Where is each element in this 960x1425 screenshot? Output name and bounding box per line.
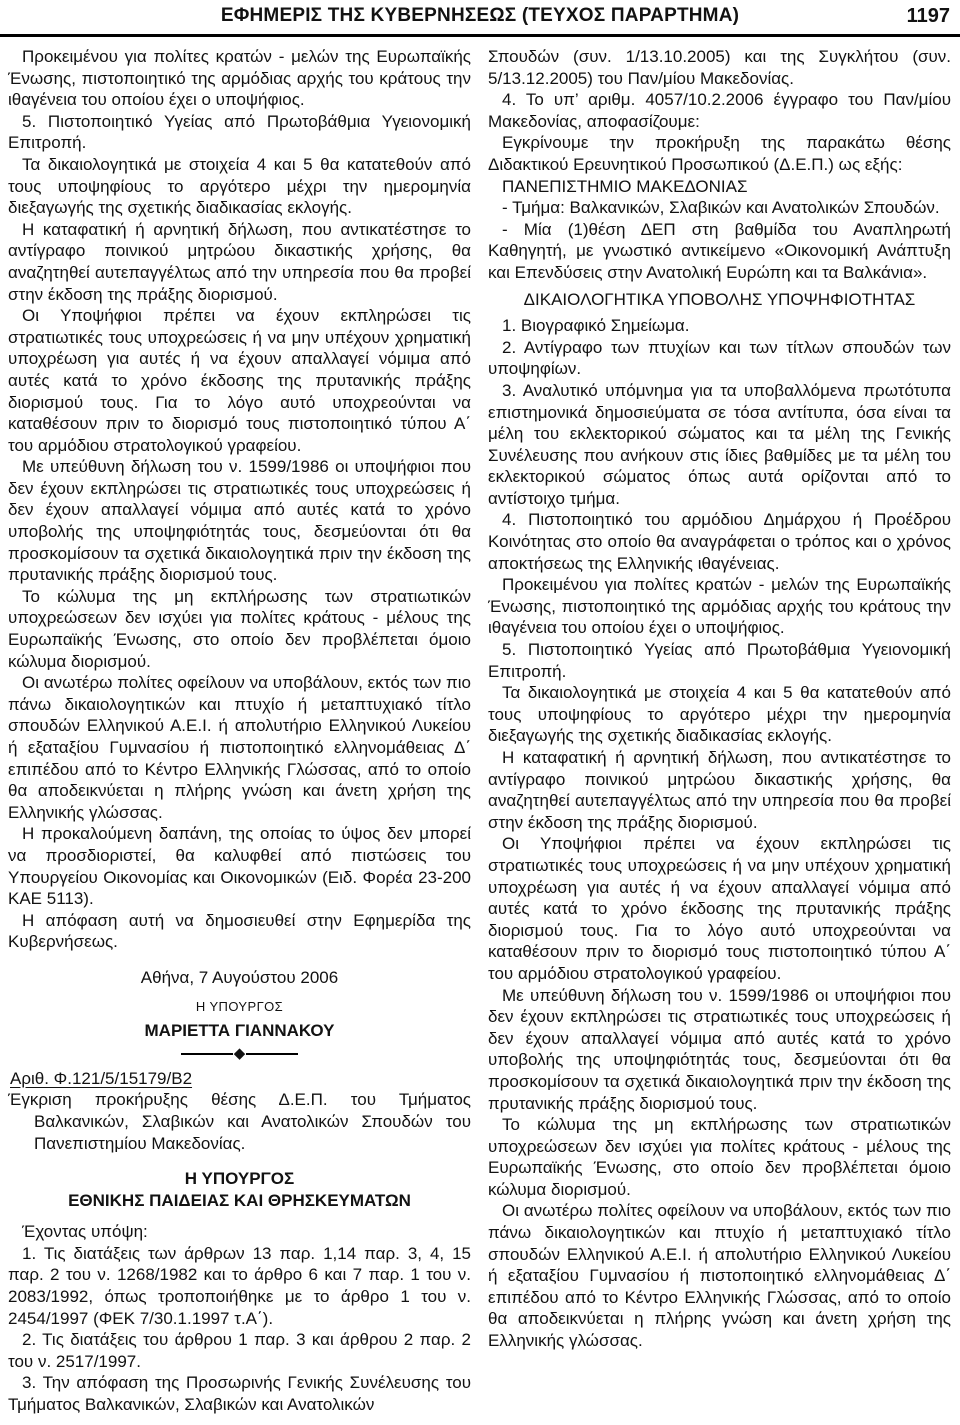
- paragraph: 3. Την απόφαση της Προσωρινής Γενικής Συ…: [8, 1372, 471, 1415]
- paragraph: Έχοντας υπόψη:: [8, 1221, 471, 1243]
- paragraph: Η καταφατική ή αρνητική δήλωση, που αντι…: [488, 747, 951, 833]
- minister-heading: Η ΥΠΟΥΡΓΟΣ: [8, 1168, 471, 1190]
- section-heading: ΔΙΚΑΙΟΛΟΓΗΤΙΚΑ ΥΠΟΒΟΛΗΣ ΥΠΟΨΗΦΙΟΤΗΤΑΣ: [488, 289, 951, 311]
- diamond-separator: ◆: [8, 1049, 471, 1059]
- left-column: Προκειμένου για πολίτες κρατών - μελών τ…: [8, 46, 471, 1416]
- header-rule: [0, 34, 960, 37]
- paragraph: 1. Βιογραφικό Σημείωμα.: [488, 315, 951, 337]
- paragraph: 5. Πιστοποιητικό Υγείας από Πρωτοβάθμια …: [488, 639, 951, 682]
- paragraph: Με υπεύθυνη δήλωση του ν. 1599/1986 οι υ…: [8, 456, 471, 586]
- page-number: 1197: [907, 5, 950, 28]
- paragraph: Οι Υποψήφιοι πρέπει να έχουν εκπληρώσει …: [8, 305, 471, 456]
- paragraph: Η καταφατική ή αρνητική δήλωση, που αντι…: [8, 219, 471, 305]
- document-ref-text: Αριθ. Φ.121/5/15179/Β2: [8, 1069, 192, 1088]
- gazette-page: ΕΦΗΜΕΡΙΣ ΤΗΣ ΚΥΒΕΡΝΗΣΕΩΣ (ΤΕΥΧΟΣ ΠΑΡΑΡΤΗ…: [0, 0, 960, 1425]
- paragraph: Η προκαλούμενη δαπάνη, της οποίας το ύψο…: [8, 823, 471, 909]
- paragraph: - Μία (1)θέση ΔΕΠ στη βαθμίδα του Αναπλη…: [488, 219, 951, 284]
- subject-line: Έγκριση προκήρυξης θέσης Δ.Ε.Π. του Τμήμ…: [8, 1089, 471, 1154]
- paragraph: 1. Τις διατάξεις των άρθρων 13 παρ. 1,14…: [8, 1243, 471, 1329]
- paragraph: Οι ανωτέρω πολίτες οφείλουν να υποβάλουν…: [488, 1200, 951, 1351]
- paragraph: Εγκρίνουμε την προκήρυξη της παρακάτω θέ…: [488, 132, 951, 175]
- paragraph: Το κώλυμα της μη εκπλήρωσης των στρατιωτ…: [488, 1114, 951, 1200]
- paragraph: Η απόφαση αυτή να δημοσιευθεί στην Εφημε…: [8, 910, 471, 953]
- paragraph: Τα δικαιολογητικά με στοιχεία 4 και 5 θα…: [8, 154, 471, 219]
- paragraph: Οι Υποψήφιοι πρέπει να έχουν εκπληρώσει …: [488, 833, 951, 984]
- paragraph: ΠΑΝΕΠΙΣΤΗΜΙΟ ΜΑΚΕΔΟΝΙΑΣ: [488, 176, 951, 198]
- paragraph: Προκειμένου για πολίτες κρατών - μελών τ…: [488, 574, 951, 639]
- two-column-body: Προκειμένου για πολίτες κρατών - μελών τ…: [8, 46, 952, 1416]
- signer-role: Η ΥΠΟΥΡΓΟΣ: [8, 996, 471, 1018]
- paragraph: 2. Τις διατάξεις του άρθρου 1 παρ. 3 και…: [8, 1329, 471, 1372]
- separator-line: [246, 1053, 298, 1055]
- paragraph: Τα δικαιολογητικά με στοιχεία 4 και 5 θα…: [488, 682, 951, 747]
- paragraph: Προκειμένου για πολίτες κρατών - μελών τ…: [8, 46, 471, 111]
- right-column: Σπουδών (συν. 1/13.10.2005) και της Συγκ…: [488, 46, 951, 1416]
- gazette-title: ΕΦΗΜΕΡΙΣ ΤΗΣ ΚΥΒΕΡΝΗΣΕΩΣ (ΤΕΥΧΟΣ ΠΑΡΑΡΤΗ…: [8, 5, 952, 27]
- paragraph: 4. Πιστοποιητικό του αρμόδιου Δημάρχου ή…: [488, 509, 951, 574]
- paragraph: 2. Αντίγραφο των πτυχίων και των τίτλων …: [488, 337, 951, 380]
- separator-line: [181, 1053, 233, 1055]
- paragraph: - Τμήμα: Βαλκανικών, Σλαβικών και Ανατολ…: [488, 197, 951, 219]
- diamond-icon: ◆: [233, 1049, 247, 1059]
- paragraph: Το κώλυμα της μη εκπλήρωσης των στρατιωτ…: [8, 586, 471, 672]
- paragraph: Με υπεύθυνη δήλωση του ν. 1599/1986 οι υ…: [488, 985, 951, 1115]
- page-header: ΕΦΗΜΕΡΙΣ ΤΗΣ ΚΥΒΕΡΝΗΣΕΩΣ (ΤΕΥΧΟΣ ΠΑΡΑΡΤΗ…: [8, 5, 952, 32]
- minister-heading: ΕΘΝΙΚΗΣ ΠΑΙΔΕΙΑΣ ΚΑΙ ΘΡΗΣΚΕΥΜΑΤΩΝ: [8, 1190, 471, 1212]
- signer-name: ΜΑΡΙΕΤΤΑ ΓΙΑΝΝΑΚΟΥ: [8, 1020, 471, 1042]
- date-line: Αθήνα, 7 Αυγούστου 2006: [8, 967, 471, 989]
- paragraph: Σπουδών (συν. 1/13.10.2005) και της Συγκ…: [488, 46, 951, 89]
- paragraph: Οι ανωτέρω πολίτες οφείλουν να υποβάλουν…: [8, 672, 471, 823]
- paragraph: 3. Αναλυτικό υπόμνημα για τα υποβαλλόμεν…: [488, 380, 951, 510]
- document-ref: Αριθ. Φ.121/5/15179/Β2: [8, 1068, 471, 1090]
- paragraph: 5. Πιστοποιητικό Υγείας από Πρωτοβάθμια …: [8, 111, 471, 154]
- paragraph: 4. Το υπ’ αριθμ. 4057/10.2.2006 έγγραφο …: [488, 89, 951, 132]
